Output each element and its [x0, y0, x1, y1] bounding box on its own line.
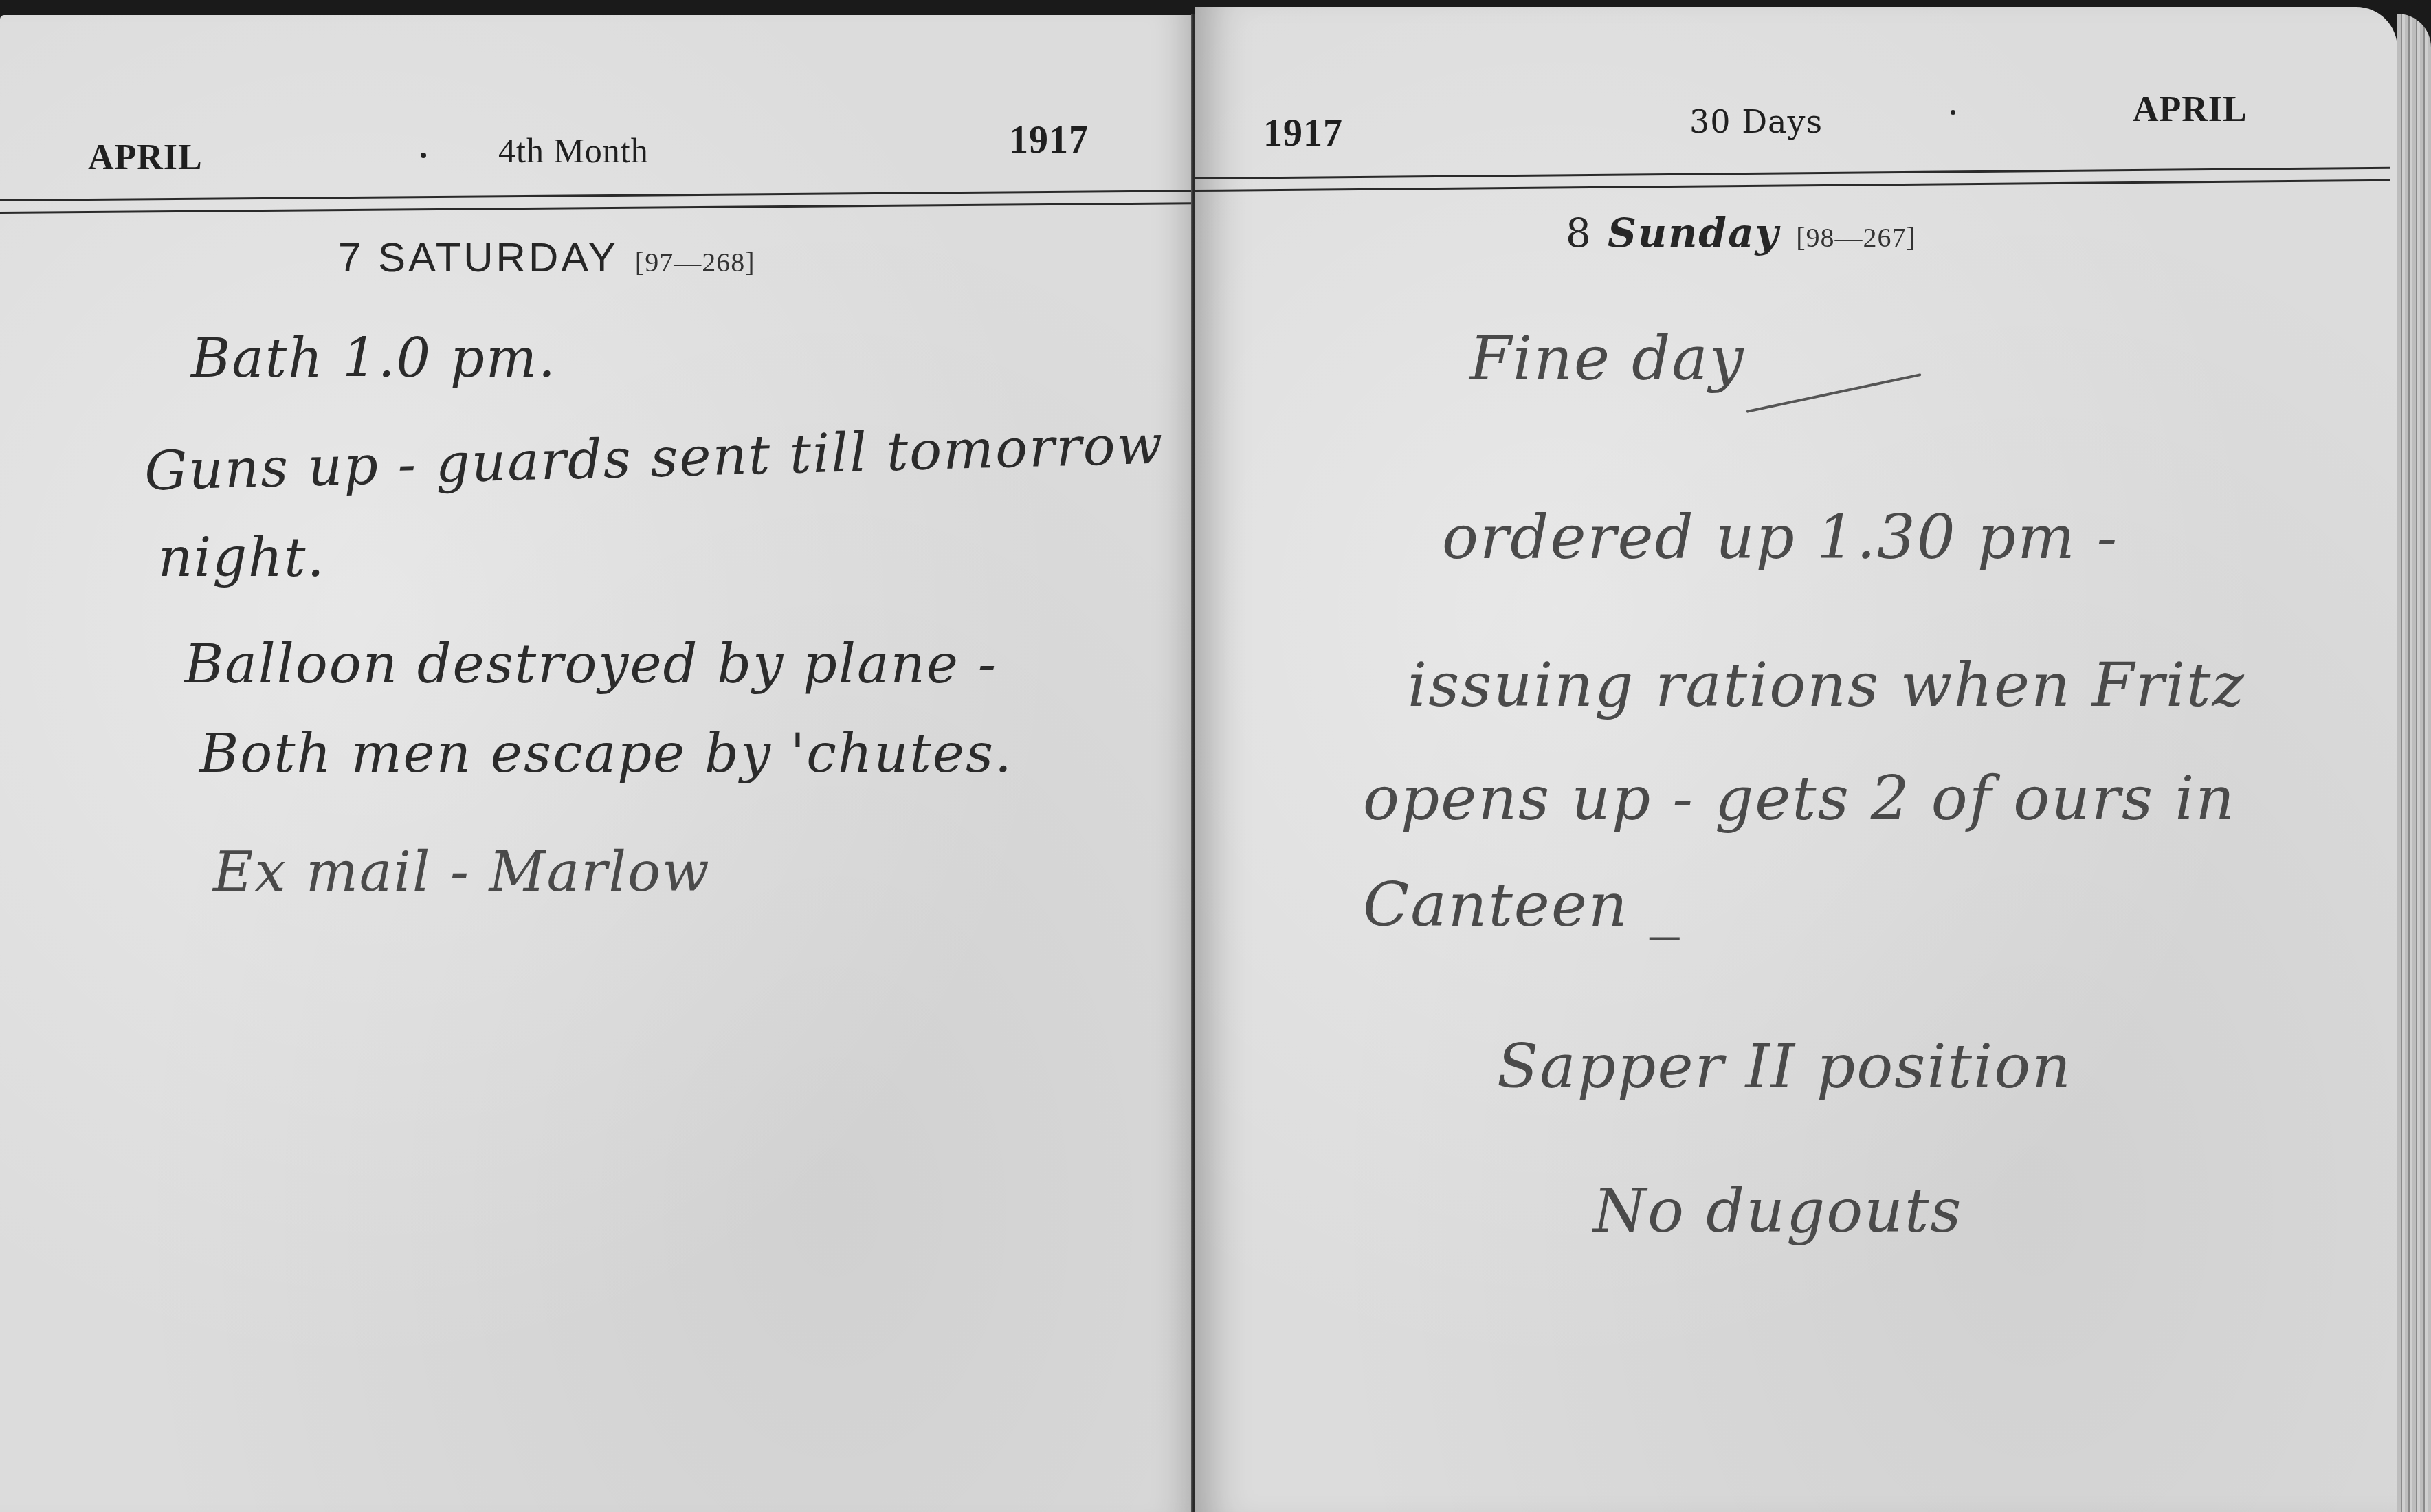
header-rule-top	[0, 190, 1192, 201]
entry-both-men: Both men escape by 'chutes.	[199, 723, 1013, 785]
left-header-year: 1917	[1009, 118, 1089, 162]
pencil-stroke	[1746, 373, 1921, 413]
diary-spread: APRIL 4th Month 1917 7 SATURDAY[97—268] …	[0, 0, 2431, 1512]
left-day-number: 7	[338, 234, 364, 280]
left-header-month-number: 4th Month	[498, 131, 649, 170]
entry-balloon: Balloon destroyed by plane -	[184, 634, 997, 696]
page-edge-stack	[2397, 14, 2431, 1512]
entry-opens-up: opens up - gets 2 of ours in	[1363, 763, 2236, 834]
right-day-count: [98—267]	[1796, 222, 1916, 253]
left-date-heading: 7 SATURDAY[97—268]	[338, 234, 755, 281]
header-dot	[421, 153, 426, 158]
header-rule-top	[1195, 167, 2390, 179]
right-page: 1917 30 Days APRIL 8 Sunday[98—267] Fine…	[1195, 7, 2397, 1512]
right-header-days: 30 Days	[1689, 103, 1823, 140]
right-day-number: 8	[1566, 210, 1592, 256]
right-date-heading: 8 Sunday[98—267]	[1566, 210, 1916, 256]
entry-no-dugouts: No dugouts	[1593, 1175, 1962, 1246]
header-rule-bottom	[1195, 179, 2390, 192]
right-header-year: 1917	[1263, 111, 1343, 155]
entry-bath: Bath 1.0 pm.	[191, 328, 557, 390]
right-weekday: Sunday	[1608, 210, 1779, 256]
left-weekday: SATURDAY	[378, 234, 619, 280]
entry-guns-up: Guns up - guards sent till tomorrow	[144, 414, 1164, 503]
entry-issuing-rations: issuing rations when Fritz	[1408, 649, 2245, 720]
entry-fine-day: Fine day	[1469, 323, 1744, 394]
entry-ordered-up: ordered up 1.30 pm -	[1442, 502, 2118, 572]
left-day-count: [97—268]	[635, 247, 755, 278]
entry-mail: Ex mail - Marlow	[213, 840, 711, 904]
header-dot	[1951, 110, 1955, 115]
left-header-month: APRIL	[88, 137, 203, 178]
left-page: APRIL 4th Month 1917 7 SATURDAY[97—268] …	[0, 15, 1192, 1512]
right-header-month: APRIL	[2133, 89, 2247, 130]
entry-canteen: Canteen _	[1363, 869, 1681, 940]
entry-sapper-position: Sapper II position	[1497, 1031, 2072, 1102]
entry-night: night.	[158, 527, 326, 589]
header-rule-bottom	[0, 202, 1192, 214]
